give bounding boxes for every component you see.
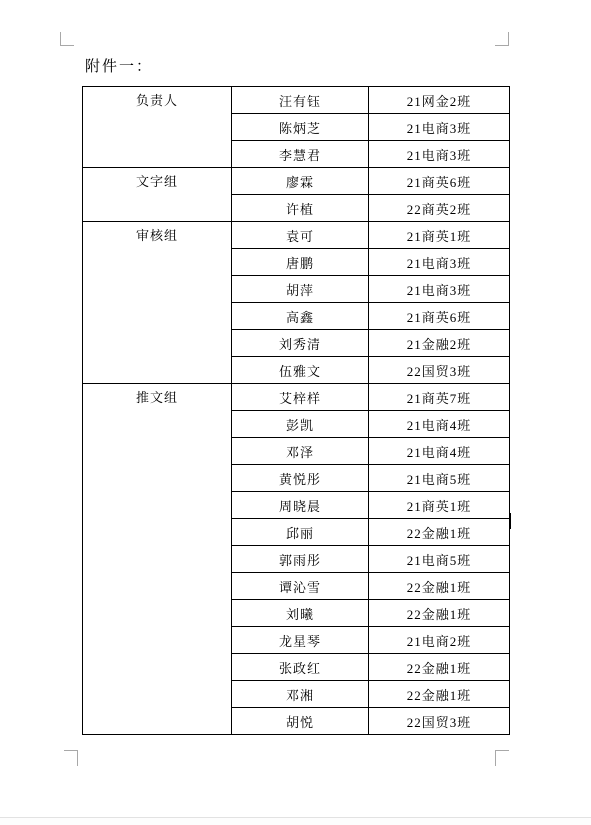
member-name-cell: 龙星琴	[232, 627, 369, 654]
group-cell: 审核组	[83, 222, 232, 384]
member-class-cell: 21商英1班	[369, 492, 510, 519]
member-name-cell: 高鑫	[232, 303, 369, 330]
member-name-cell: 邓湘	[232, 681, 369, 708]
member-name-cell: 艾梓样	[232, 384, 369, 411]
member-class-cell: 21商英1班	[369, 222, 510, 249]
member-name-cell: 周晓晨	[232, 492, 369, 519]
member-class-cell: 21电商5班	[369, 546, 510, 573]
group-cell: 文字组	[83, 168, 232, 222]
text-cursor	[509, 513, 511, 529]
member-name-cell: 张政红	[232, 654, 369, 681]
group-label: 推文组	[83, 384, 231, 411]
group-cell: 负责人	[83, 87, 232, 168]
member-class-cell: 21电商4班	[369, 438, 510, 465]
member-class-cell: 22金融1班	[369, 681, 510, 708]
member-name-cell: 郭雨彤	[232, 546, 369, 573]
member-name-cell: 刘秀清	[232, 330, 369, 357]
member-name-cell: 许植	[232, 195, 369, 222]
member-class-cell: 22国贸3班	[369, 357, 510, 384]
member-name-cell: 邓泽	[232, 438, 369, 465]
margin-mark-top-right-horizontal	[495, 45, 509, 46]
member-class-cell: 22商英2班	[369, 195, 510, 222]
member-name-cell: 伍雅文	[232, 357, 369, 384]
margin-mark-top-left-horizontal	[60, 45, 74, 46]
margin-mark-bottom-left-vertical	[77, 750, 78, 766]
member-class-cell: 21电商3班	[369, 249, 510, 276]
table-row: 负责人汪有钰21网金2班	[83, 87, 510, 114]
member-class-cell: 21电商5班	[369, 465, 510, 492]
member-class-cell: 21商英6班	[369, 168, 510, 195]
member-name-cell: 谭沁雪	[232, 573, 369, 600]
group-label: 审核组	[83, 222, 231, 249]
member-name-cell: 李慧君	[232, 141, 369, 168]
margin-mark-bottom-right-horizontal	[495, 750, 509, 751]
table-row: 推文组艾梓样21商英7班	[83, 384, 510, 411]
member-name-cell: 刘曦	[232, 600, 369, 627]
member-class-cell: 22国贸3班	[369, 708, 510, 735]
member-class-cell: 22金融1班	[369, 573, 510, 600]
member-name-cell: 黄悦彤	[232, 465, 369, 492]
member-class-cell: 21电商4班	[369, 411, 510, 438]
member-class-cell: 21电商3班	[369, 114, 510, 141]
member-name-cell: 胡萍	[232, 276, 369, 303]
attachment-heading: 附件一：	[85, 55, 153, 76]
member-class-cell: 21金融2班	[369, 330, 510, 357]
member-name-cell: 唐鹏	[232, 249, 369, 276]
member-class-cell: 21电商2班	[369, 627, 510, 654]
member-class-cell: 22金融1班	[369, 654, 510, 681]
member-class-cell: 22金融1班	[369, 600, 510, 627]
margin-mark-top-right-vertical	[508, 32, 509, 46]
member-class-cell: 21电商3班	[369, 276, 510, 303]
member-name-cell: 邱丽	[232, 519, 369, 546]
group-cell: 推文组	[83, 384, 232, 735]
member-name-cell: 胡悦	[232, 708, 369, 735]
margin-mark-top-left-vertical	[60, 32, 61, 46]
table-row: 文字组廖霖21商英6班	[83, 168, 510, 195]
member-class-cell: 21电商3班	[369, 141, 510, 168]
member-name-cell: 彭凯	[232, 411, 369, 438]
group-label: 负责人	[83, 87, 231, 114]
staff-table: 负责人汪有钰21网金2班陈炳芝21电商3班李慧君21电商3班文字组廖霖21商英6…	[82, 86, 510, 735]
member-name-cell: 袁可	[232, 222, 369, 249]
group-label: 文字组	[83, 168, 231, 195]
member-class-cell: 22金融1班	[369, 519, 510, 546]
member-class-cell: 21商英6班	[369, 303, 510, 330]
table-row: 审核组袁可21商英1班	[83, 222, 510, 249]
document-page: 附件一： 负责人汪有钰21网金2班陈炳芝21电商3班李慧君21电商3班文字组廖霖…	[0, 0, 591, 825]
margin-mark-bottom-left-horizontal	[64, 750, 78, 751]
page-gap	[0, 818, 591, 825]
margin-mark-bottom-right-vertical	[495, 750, 496, 766]
member-name-cell: 廖霖	[232, 168, 369, 195]
member-name-cell: 陈炳芝	[232, 114, 369, 141]
member-class-cell: 21商英7班	[369, 384, 510, 411]
member-name-cell: 汪有钰	[232, 87, 369, 114]
member-class-cell: 21网金2班	[369, 87, 510, 114]
